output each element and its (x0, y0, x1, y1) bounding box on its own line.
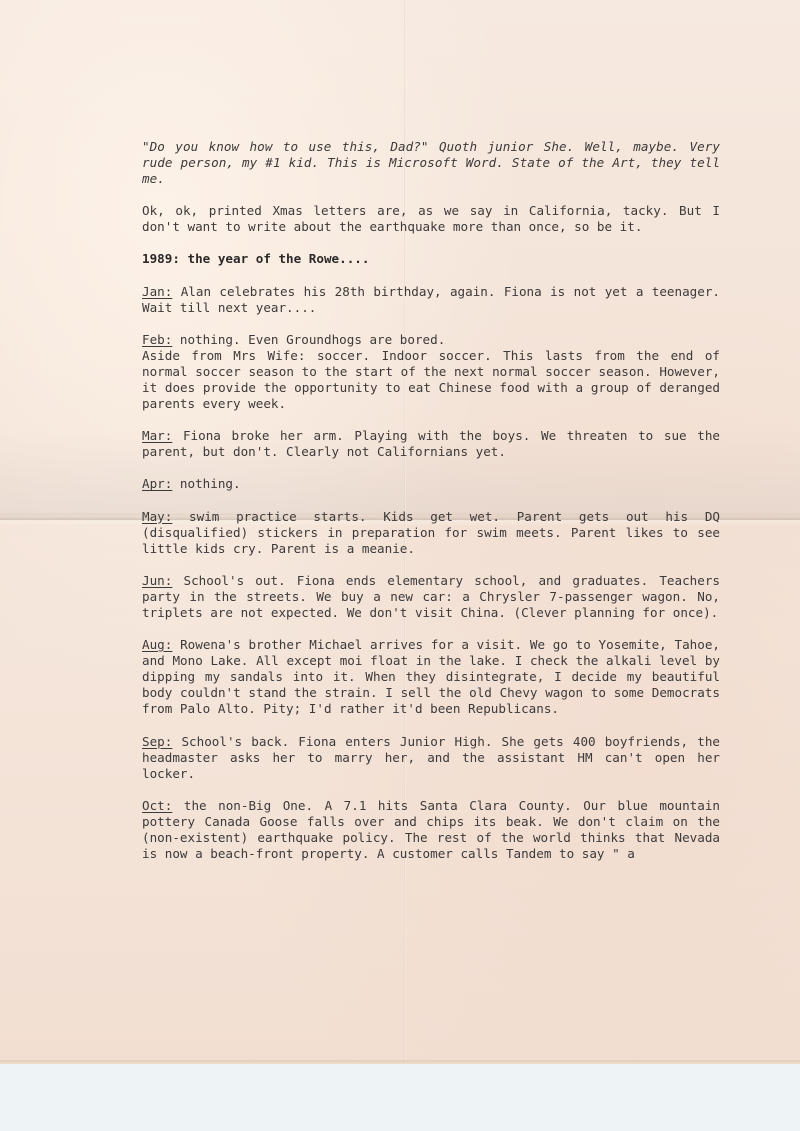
entry-oct: Oct: the non-Big One. A 7.1 hits Santa C… (142, 798, 720, 862)
month-label: Aug: (142, 637, 172, 652)
entry-may: May: swim practice starts. Kids get wet.… (142, 509, 720, 557)
entry-jan: Jan: Alan celebrates his 28th birthday, … (142, 284, 720, 316)
month-label: Jun: (142, 573, 172, 588)
intro-paragraph: "Do you know how to use this, Dad?" Quot… (142, 139, 720, 187)
disclaimer-paragraph: Ok, ok, printed Xmas letters are, as we … (142, 203, 720, 235)
month-label: Feb: (142, 332, 172, 347)
entry-text: swim practice starts. Kids get wet. Pare… (142, 509, 720, 556)
year-heading: 1989: the year of the Rowe.... (142, 251, 720, 267)
entry-mar: Mar: Fiona broke her arm. Playing with t… (142, 428, 720, 460)
entry-feb: Feb: nothing. Even Groundhogs are bored. (142, 332, 720, 348)
entry-aug: Aug: Rowena's brother Michael arrives fo… (142, 637, 720, 717)
month-label: Sep: (142, 734, 172, 749)
entry-text: Fiona broke her arm. Playing with the bo… (142, 428, 720, 459)
month-label: Jan: (142, 284, 172, 299)
entry-apr: Apr: nothing. (142, 476, 720, 492)
paper-bottom-edge (0, 1060, 800, 1064)
entry-jun: Jun: School's out. Fiona ends elementary… (142, 573, 720, 621)
month-label: Oct: (142, 798, 172, 813)
entry-text: nothing. Even Groundhogs are bored. (172, 332, 445, 347)
entry-feb-extra: Aside from Mrs Wife: soccer. Indoor socc… (142, 348, 720, 412)
entry-text: Alan celebrates his 28th birthday, again… (142, 284, 720, 315)
month-label: May: (142, 509, 172, 524)
letter-body: "Do you know how to use this, Dad?" Quot… (142, 139, 720, 878)
entry-text: Rowena's brother Michael arrives for a v… (142, 637, 720, 716)
entry-text: School's out. Fiona ends elementary scho… (142, 573, 720, 620)
entry-text: School's back. Fiona enters Junior High.… (142, 734, 720, 781)
month-label: Apr: (142, 476, 172, 491)
entry-text: nothing. (172, 476, 240, 491)
entry-sep: Sep: School's back. Fiona enters Junior … (142, 734, 720, 782)
month-label: Mar: (142, 428, 172, 443)
entry-text: the non-Big One. A 7.1 hits Santa Clara … (142, 798, 720, 861)
